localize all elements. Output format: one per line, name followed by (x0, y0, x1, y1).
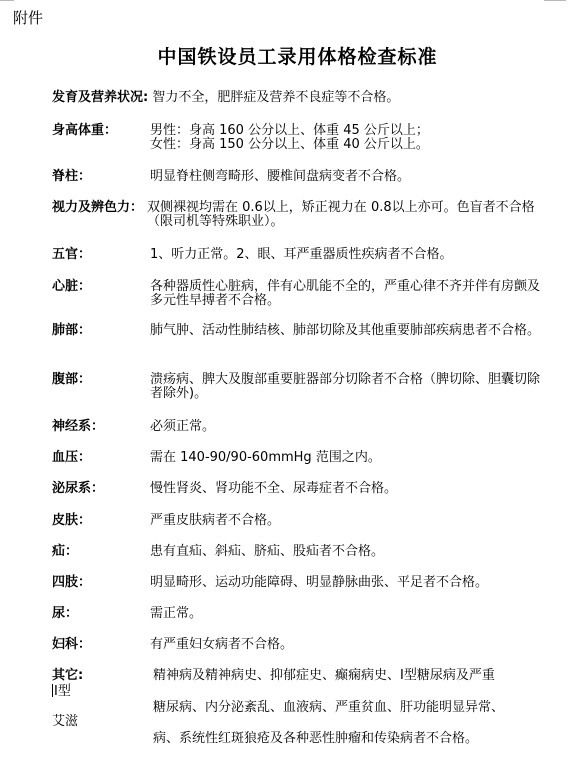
page-corner-mark-right (544, 0, 566, 1)
stray-text-aids: 艾滋 (52, 715, 78, 729)
criterion-value: 需在 140-90/90-60mmHg 范围之内。 (150, 451, 552, 465)
criterion-label: 四肢： (52, 576, 91, 590)
criterion-label: 妇科： (52, 638, 91, 652)
criterion-development: 发育及营养状况: 智力不全，肥胖症及营养不良症等不合格。 (52, 91, 552, 105)
criterion-label: 肺部： (52, 324, 91, 338)
criterion-value: 溃疡病、脾大及腹部重要脏器部分切除者不合格（脾切除、胆囊切除者除外)。 (150, 373, 552, 401)
criterion-value: 智力不全，肥胖症及营养不良症等不合格。 (152, 90, 399, 105)
criterion-value: 患有直疝、斜疝、脐疝、股疝者不合格。 (150, 545, 552, 559)
document-title: 中国铁设员工录用体格检查标准 (0, 45, 583, 69)
criterion-label: 视力及辨色力： (52, 201, 143, 215)
criterion-value: 严重皮肤病者不合格。 (150, 514, 552, 528)
criterion-label: 血压： (52, 451, 91, 465)
other-label: 其它: (52, 669, 83, 683)
criterion-value: 明显脊柱侧弯畸形、腰椎间盘病变者不合格。 (150, 170, 552, 184)
criterion-label: 发育及营养状况: (52, 90, 148, 105)
criterion-value: 慢性肾炎、肾功能不全、尿毒症者不合格。 (150, 482, 552, 496)
criterion-label: 脊柱： (52, 170, 91, 184)
criterion-label: 尿： (52, 607, 78, 621)
criterion-label: 身高体重： (52, 124, 117, 138)
criterion-value: 需正常。 (150, 607, 552, 621)
criterion-value: 男性：身高 160 公分以上、体重 45 公斤以上； 女性：身高 150 公分以… (150, 124, 552, 152)
criterion-label: 疝： (52, 545, 78, 559)
criterion-value: 肺气肿、活动性肺结核、肺部切除及其他重要肺部疾病患者不合格。 (150, 324, 552, 338)
criterion-label: 泌尿系： (52, 482, 104, 496)
criterion-label: 腹部： (52, 373, 91, 387)
other-line-3: 病、系统性红斑狼疮及各种恶性肿瘤和传染病者不合格。 (153, 732, 478, 746)
criterion-value: 有严重妇女病者不合格。 (150, 638, 552, 652)
text-cursor (52, 684, 53, 697)
other-line-1: 精神病及精神病史、抑郁症史、癫痫病史、I型糖尿病及严重 (153, 669, 495, 683)
stray-text-type[interactable]: I型 (52, 684, 71, 699)
stray-text-type-label: I型 (54, 684, 71, 699)
annex-label: 附件 (13, 9, 43, 27)
criterion-value: 必须正常。 (150, 420, 552, 434)
other-line-2: 糖尿病、内分泌紊乱、血液病、严重贫血、肝功能明显异常、 (153, 701, 504, 715)
criterion-label: 皮肤： (52, 514, 91, 528)
criterion-value: 1、听力正常。2、眼、耳严重器质性疾病者不合格。 (150, 248, 552, 262)
criterion-label: 五官： (52, 248, 91, 262)
criterion-value: 明显畸形、运动功能障碍、明显静脉曲张、平足者不合格。 (150, 576, 552, 590)
criterion-value: 各种器质性心脏病，伴有心肌能不全的，严重心律不齐并伴有房颤及多元性早搏者不合格。 (150, 280, 552, 308)
criterion-value: 双侧裸视均需在 0.6以上，矫正视力在 0.8以上亦可。色盲者不合格（限司机等特… (147, 201, 552, 229)
criterion-label: 神经系： (52, 420, 104, 434)
criterion-label: 心脏： (52, 280, 91, 294)
page-corner-mark-left (0, 0, 14, 1)
